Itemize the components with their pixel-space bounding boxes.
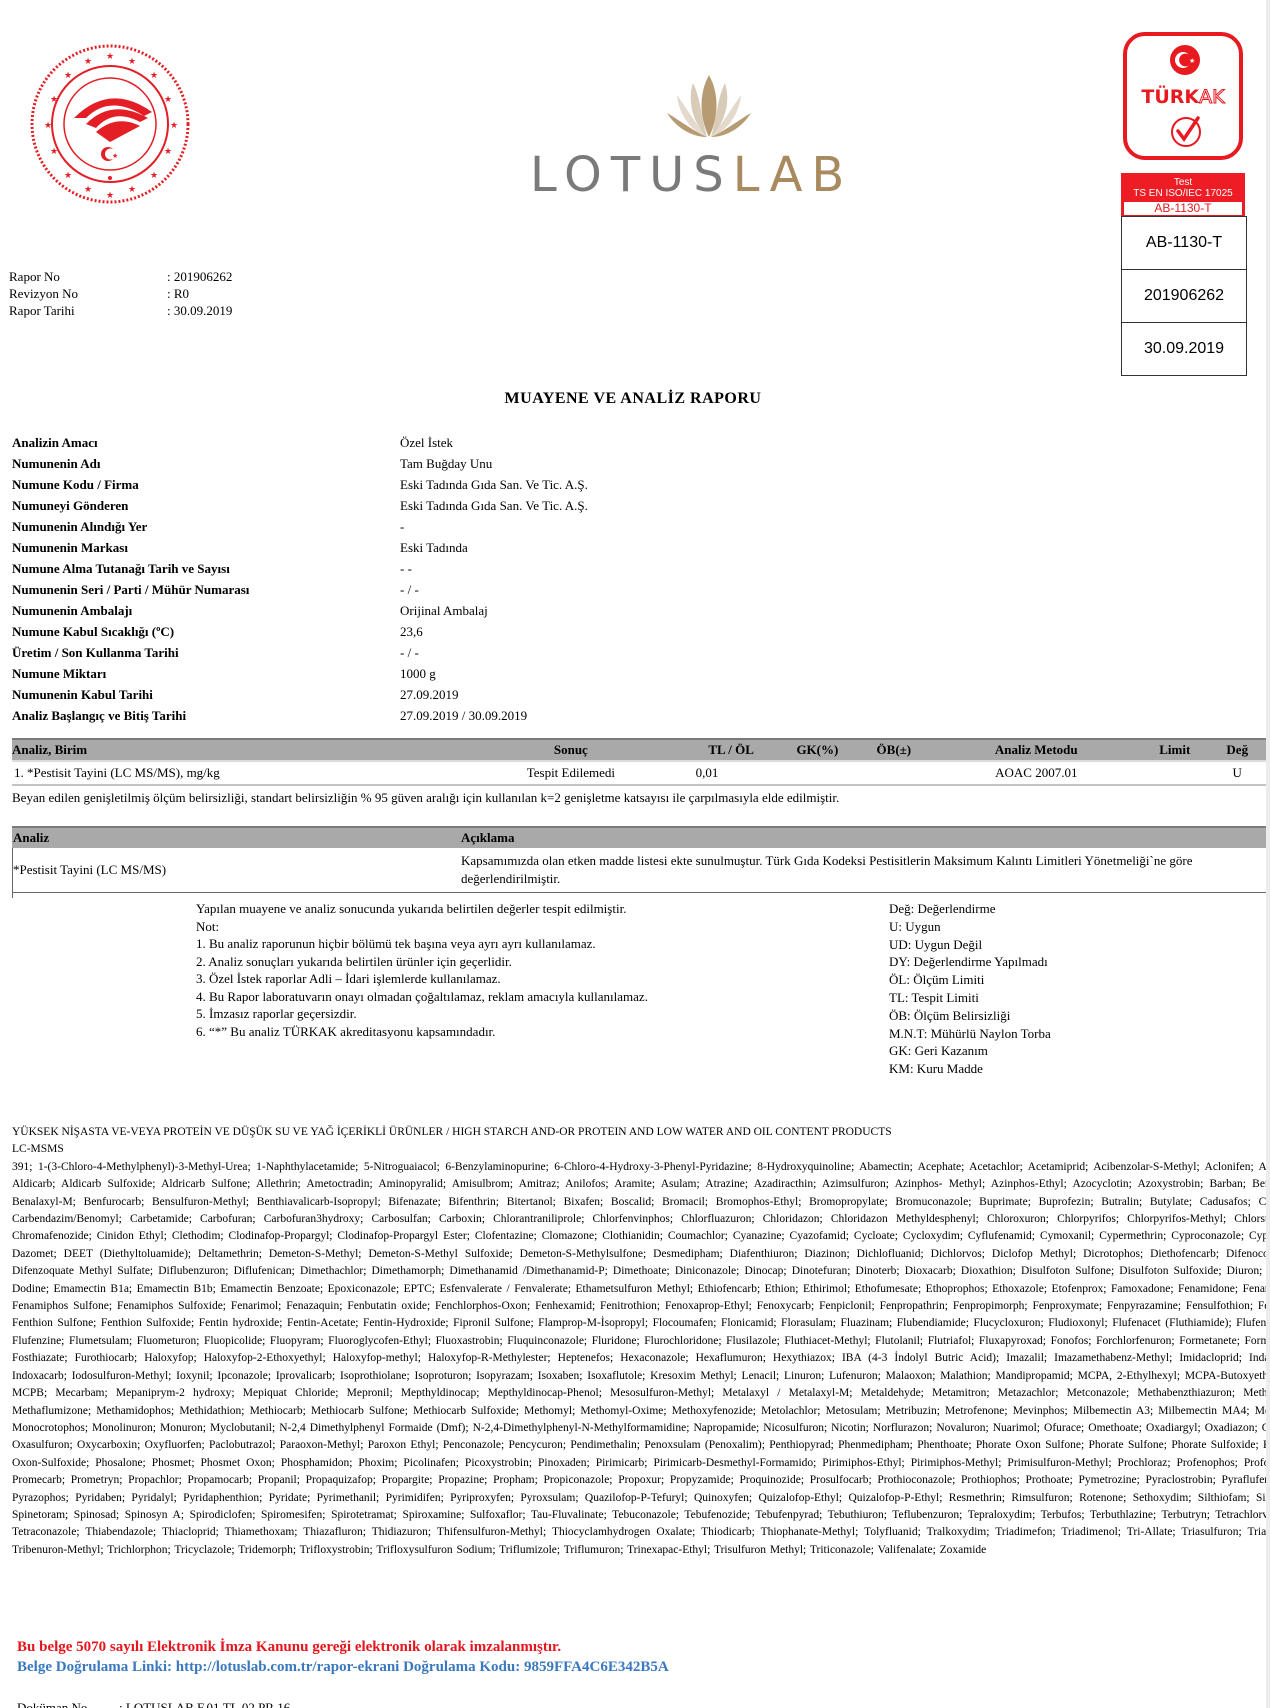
turkak-accreditation-code: AB-1130-T bbox=[1123, 201, 1243, 216]
legend-item: ÖL: Ölçüm Limiti bbox=[889, 971, 1051, 989]
scope-method: LC-MSMS bbox=[12, 1141, 1266, 1158]
uncertainty-note: Beyan edilen genişletilmiş ölçüm belirsi… bbox=[12, 790, 839, 806]
legend-item: ÖB: Ölçüm Belirsizliği bbox=[889, 1007, 1051, 1025]
results-header-row: Analiz, BirimSonuçTL / ÖLGK(%)ÖB(±)Anali… bbox=[12, 739, 1266, 761]
info-row: Numunenin AdıTam Buğday Unu bbox=[12, 453, 588, 474]
info-row: Üretim / Son Kullanma Tarihi- / - bbox=[12, 642, 588, 663]
e-signature-notice: Bu belge 5070 sayılı Elektronik İmza Kan… bbox=[17, 1637, 669, 1657]
turkak-accreditation-block: ★ TÜRKAK Test TS EN ISO/IEC 17025 AB-113… bbox=[1121, 32, 1266, 376]
svg-text:★: ★ bbox=[170, 121, 178, 131]
results-header-cell: Analiz, Birim bbox=[12, 739, 458, 761]
notes: Yapılan muayene ve analiz sonucunda yuka… bbox=[196, 900, 648, 1040]
note-line: 3. Özel İstek raporlar Adli – İdari işle… bbox=[196, 970, 648, 988]
info-label: Numune Alma Tutanağı Tarih ve Sayısı bbox=[12, 558, 400, 579]
meta-row: Revizyon No: R0 bbox=[9, 285, 232, 302]
report-title: MUAYENE VE ANALİZ RAPORU bbox=[0, 390, 1266, 408]
svg-text:★: ★ bbox=[84, 57, 92, 67]
note-line: 4. Bu Rapor laboratuvarın onayı olmadan … bbox=[196, 988, 648, 1006]
info-label: Numune Miktarı bbox=[12, 663, 400, 684]
info-value: - / - bbox=[400, 642, 419, 663]
info-value: Özel İstek bbox=[400, 432, 453, 453]
turkak-badge: ★ TÜRKAK bbox=[1123, 32, 1243, 160]
checkmark-circle-icon bbox=[1169, 114, 1203, 148]
info-label: Üretim / Son Kullanma Tarihi bbox=[12, 642, 400, 663]
results-row: 1. *Pestisit Tayini (LC MS/MS), mg/kgTes… bbox=[12, 761, 1266, 785]
note-line: Not: bbox=[196, 918, 648, 936]
turkak-standard-label: TS EN ISO/IEC 17025 bbox=[1121, 188, 1245, 199]
info-label: Analizin Amacı bbox=[12, 432, 400, 453]
meta-label: Rapor Tarihi bbox=[9, 302, 167, 319]
doc-label: Doküman No bbox=[17, 1700, 119, 1708]
info-row: Numuneyi GönderenEski Tadında Gıda San. … bbox=[12, 495, 588, 516]
report-page: ★★★ ★★ ★★ ★★ ★★ ★★ ★★★ ★ bbox=[0, 0, 1266, 1708]
results-cell: Tespit Edilemedi bbox=[458, 761, 683, 785]
results-table: Analiz, BirimSonuçTL / ÖLGK(%)ÖB(±)Anali… bbox=[12, 738, 1266, 786]
lotuslab-logo: LOTUSLAB bbox=[460, 65, 840, 195]
legend-item: U: Uygun bbox=[889, 918, 1051, 936]
legend-item: UD: Uygun Değil bbox=[889, 936, 1051, 954]
info-row: Numune Kodu / FirmaEski Tadında Gıda San… bbox=[12, 474, 588, 495]
lotuslab-wordmark: LOTUSLAB bbox=[530, 147, 853, 203]
info-label: Numuneyi Gönderen bbox=[12, 495, 400, 516]
explain-header-analysis: Analiz bbox=[12, 827, 453, 848]
meta-value: : 201906262 bbox=[167, 268, 232, 285]
svg-text:★: ★ bbox=[50, 95, 58, 105]
explain-row: *Pestisit Tayini (LC MS/MS) Kapsamımızda… bbox=[12, 848, 1266, 893]
svg-text:★: ★ bbox=[64, 171, 72, 181]
svg-text:★: ★ bbox=[112, 152, 118, 160]
info-value: 27.09.2019 / 30.09.2019 bbox=[400, 705, 527, 726]
info-row: Numunenin Alındığı Yer- bbox=[12, 516, 588, 537]
meta-label: Revizyon No bbox=[9, 285, 167, 302]
results-header-cell: Sonuç bbox=[458, 739, 683, 761]
info-row: Numunenin Kabul Tarihi27.09.2019 bbox=[12, 684, 588, 705]
meta-value: : 30.09.2019 bbox=[167, 302, 232, 319]
results-cell bbox=[1141, 761, 1208, 785]
info-row: Numune Kabul Sıcaklığı (ºC)23,6 bbox=[12, 621, 588, 642]
results-header-cell: GK(%) bbox=[779, 739, 856, 761]
svg-text:★: ★ bbox=[84, 185, 92, 195]
svg-text:★: ★ bbox=[44, 121, 52, 131]
results-header-cell: Analiz Metodu bbox=[932, 739, 1142, 761]
info-value: Eski Tadında Gıda San. Ve Tic. A.Ş. bbox=[400, 495, 588, 516]
info-label: Numunenin Alındığı Yer bbox=[12, 516, 400, 537]
results-header-cell: ÖB(±) bbox=[856, 739, 931, 761]
brand-right: LAB bbox=[733, 147, 854, 203]
explain-left-border bbox=[12, 848, 13, 898]
svg-text:★: ★ bbox=[64, 71, 72, 81]
info-label: Numune Kodu / Firma bbox=[12, 474, 400, 495]
turkak-word-accent: AK bbox=[1199, 86, 1224, 108]
ministry-seal-logo: ★★★ ★★ ★★ ★★ ★★ ★★ ★★★ ★ bbox=[28, 42, 192, 206]
info-label: Numunenin Adı bbox=[12, 453, 400, 474]
svg-text:★: ★ bbox=[128, 185, 136, 195]
turkak-wordmark: TÜRKAK bbox=[1127, 86, 1239, 108]
ministry-seal-icon: ★★★ ★★ ★★ ★★ ★★ ★★ ★★★ ★ bbox=[28, 42, 192, 206]
results-header-cell: Değ bbox=[1209, 739, 1267, 761]
meta-label: Rapor No bbox=[9, 268, 167, 285]
note-line: Yapılan muayene ve analiz sonucunda yuka… bbox=[196, 900, 648, 918]
viewer-scrollbar-gutter[interactable] bbox=[1266, 0, 1270, 1708]
brand-left: LOTUS bbox=[530, 147, 733, 203]
info-value: 27.09.2019 bbox=[400, 684, 459, 705]
e-signature-block: Bu belge 5070 sayılı Elektronik İmza Kan… bbox=[17, 1637, 669, 1677]
results-header-cell: Limit bbox=[1141, 739, 1208, 761]
meta-row: Rapor Tarihi: 30.09.2019 bbox=[9, 302, 232, 319]
info-label: Numunenin Seri / Parti / Mühür Numarası bbox=[12, 579, 400, 600]
svg-text:★: ★ bbox=[150, 171, 158, 181]
info-row: Analiz Başlangıç ve Bitiş Tarihi27.09.20… bbox=[12, 705, 588, 726]
svg-text:★: ★ bbox=[128, 57, 136, 67]
legend-item: DY: Değerlendirme Yapılmadı bbox=[889, 953, 1051, 971]
document-number: Doküman No: LOTUSLAB.F.01.TL.02.PR.16 bbox=[17, 1700, 290, 1708]
info-row: Analizin AmacıÖzel İstek bbox=[12, 432, 588, 453]
explain-description: Kapsamımızda olan etken madde listesi ek… bbox=[453, 848, 1266, 893]
explanation-table: Analiz Açıklama *Pestisit Tayini (LC MS/… bbox=[12, 826, 1266, 893]
legend-item: TL: Tespit Limiti bbox=[889, 989, 1051, 1007]
info-row: Numune Miktarı1000 g bbox=[12, 663, 588, 684]
svg-text:★: ★ bbox=[50, 147, 58, 157]
info-value: Eski Tadında Gıda San. Ve Tic. A.Ş. bbox=[400, 474, 588, 495]
legend-item: M.N.T: Mühürlü Naylon Torba bbox=[889, 1025, 1051, 1043]
info-label: Numunenin Markası bbox=[12, 537, 400, 558]
info-value: Eski Tadında bbox=[400, 537, 468, 558]
info-value: - / - bbox=[400, 579, 419, 600]
info-label: Analiz Başlangıç ve Bitiş Tarihi bbox=[12, 705, 400, 726]
turkak-test-label: Test bbox=[1121, 177, 1245, 188]
turkak-standard-bar: Test TS EN ISO/IEC 17025 AB-1130-T bbox=[1121, 173, 1245, 216]
results-header-cell: TL / ÖL bbox=[684, 739, 779, 761]
svg-text:★: ★ bbox=[164, 147, 172, 157]
note-line: 2. Analiz sonuçları yukarıda belirtilen … bbox=[196, 953, 648, 971]
info-value: Tam Buğday Unu bbox=[400, 453, 492, 474]
scope-heading: YÜKSEK NİŞASTA VE-VEYA PROTEİN VE DÜŞÜK … bbox=[12, 1124, 1266, 1141]
info-value: - bbox=[400, 516, 404, 537]
svg-text:★: ★ bbox=[150, 71, 158, 81]
legend-item: Değ: Değerlendirme bbox=[889, 900, 1051, 918]
results-cell bbox=[779, 761, 856, 785]
turkak-code-cell: AB-1130-T bbox=[1122, 216, 1246, 269]
turkak-date-cell: 30.09.2019 bbox=[1122, 322, 1246, 375]
info-value: 1000 g bbox=[400, 663, 436, 684]
svg-text:★: ★ bbox=[164, 95, 172, 105]
verification-link[interactable]: Belge Doğrulama Linki: http://lotuslab.c… bbox=[17, 1657, 669, 1677]
meta-value: : R0 bbox=[167, 285, 189, 302]
note-line: 1. Bu analiz raporunun hiçbir bölümü tek… bbox=[196, 935, 648, 953]
info-label: Numunenin Kabul Tarihi bbox=[12, 684, 400, 705]
note-line: 5. İmzasız raporlar geçersizdir. bbox=[196, 1005, 648, 1023]
sample-info: Analizin AmacıÖzel İstekNumunenin AdıTam… bbox=[12, 432, 588, 726]
meta-row: Rapor No: 201906262 bbox=[9, 268, 232, 285]
pesticide-scope: YÜKSEK NİŞASTA VE-VEYA PROTEİN VE DÜŞÜK … bbox=[12, 1124, 1266, 1559]
results-cell: AOAC 2007.01 bbox=[932, 761, 1142, 785]
legend-item: KM: Kuru Madde bbox=[889, 1060, 1051, 1078]
info-row: Numunenin AmbalajıOrijinal Ambalaj bbox=[12, 600, 588, 621]
info-value: 23,6 bbox=[400, 621, 423, 642]
pesticide-list: 391; 1-(3-Chloro-4-Methylphenyl)-3-Methy… bbox=[12, 1159, 1266, 1559]
info-value: - - bbox=[400, 558, 412, 579]
svg-text:★: ★ bbox=[106, 52, 114, 62]
info-value: Orijinal Ambalaj bbox=[400, 600, 488, 621]
report-meta: Rapor No: 201906262 Revizyon No: R0 Rapo… bbox=[9, 268, 232, 319]
note-line: 6. “*” Bu analiz TÜRKAK akreditasyonu ka… bbox=[196, 1023, 648, 1041]
explain-analysis: *Pestisit Tayini (LC MS/MS) bbox=[12, 848, 453, 893]
doc-value: : LOTUSLAB.F.01.TL.02.PR.16 bbox=[119, 1700, 290, 1708]
explain-header-description: Açıklama bbox=[453, 827, 1266, 848]
info-row: Numune Alma Tutanağı Tarih ve Sayısı- - bbox=[12, 558, 588, 579]
info-row: Numunenin MarkasıEski Tadında bbox=[12, 537, 588, 558]
turkak-word-main: TÜRK bbox=[1141, 86, 1199, 108]
results-cell: U bbox=[1209, 761, 1267, 785]
turkak-info-table: AB-1130-T 201906262 30.09.2019 bbox=[1121, 216, 1247, 376]
results-cell bbox=[856, 761, 931, 785]
results-cell: 0,01 bbox=[684, 761, 779, 785]
info-label: Numune Kabul Sıcaklığı (ºC) bbox=[12, 621, 400, 642]
abbreviation-legend: Değ: DeğerlendirmeU: UygunUD: Uygun Deği… bbox=[889, 900, 1051, 1078]
turkak-report-no-cell: 201906262 bbox=[1122, 269, 1246, 322]
crescent-star-icon: ★ bbox=[1169, 44, 1201, 76]
svg-text:★: ★ bbox=[1189, 57, 1195, 65]
info-row: Numunenin Seri / Parti / Mühür Numarası-… bbox=[12, 579, 588, 600]
lotus-flower-icon bbox=[665, 73, 753, 139]
svg-text:★: ★ bbox=[106, 191, 114, 201]
legend-item: GK: Geri Kazanım bbox=[889, 1042, 1051, 1060]
info-label: Numunenin Ambalajı bbox=[12, 600, 400, 621]
results-cell: 1. *Pestisit Tayini (LC MS/MS), mg/kg bbox=[12, 761, 458, 785]
